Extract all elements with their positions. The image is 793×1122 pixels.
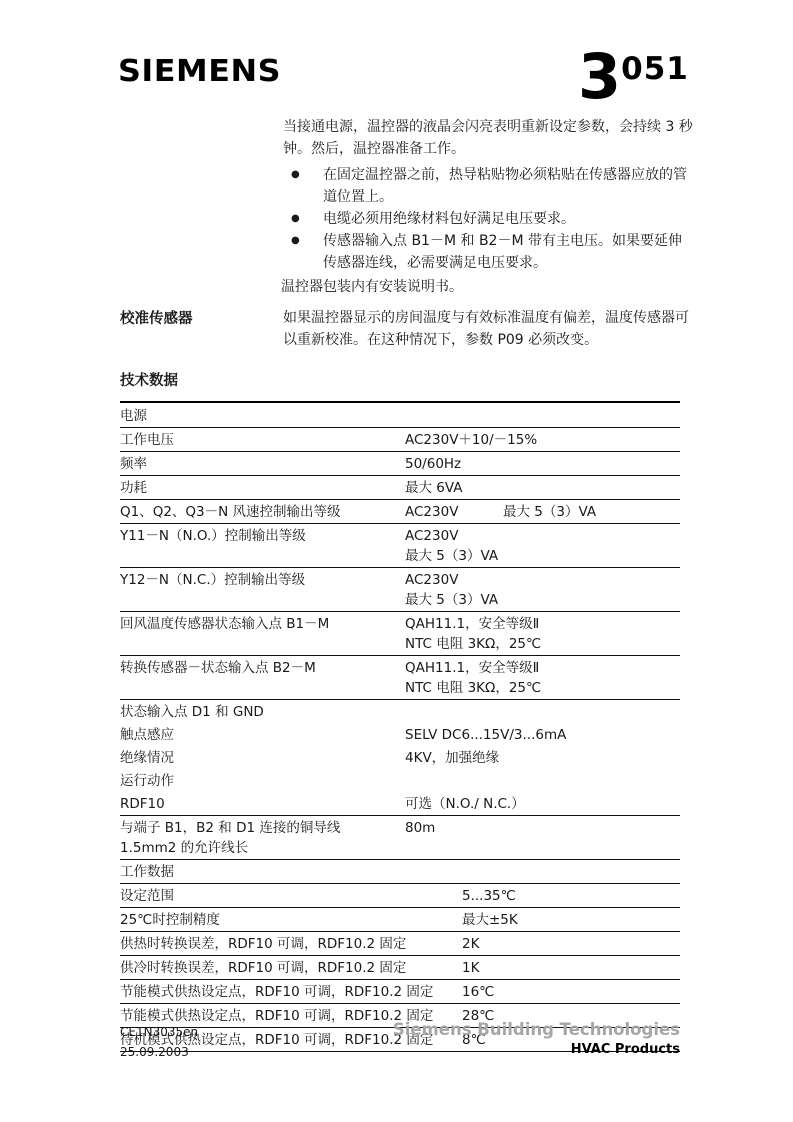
row-label: 频率 <box>120 454 405 474</box>
row-value: QAH11.1，安全等级Ⅱ NTC 电阻 3KΩ，25℃ <box>405 614 680 654</box>
table-row: 状态输入点 D1 和 GND <box>120 700 680 723</box>
document-page: SIEMENS 3 051 当接通电源，温控器的液晶会闪亮表明重新设定参数，会持… <box>0 0 793 1122</box>
row-value <box>405 862 680 882</box>
row-value: 可选（N.O./ N.C.） <box>405 794 680 814</box>
row-value: SELV DC6...15V/3...6mA <box>405 725 680 745</box>
row-value: AC230V 最大 5（3）VA <box>405 526 680 566</box>
row-value: 50/60Hz <box>405 454 680 474</box>
table-row: 功耗最大 6VA <box>120 476 680 500</box>
row-value: 最大 6VA <box>405 478 680 498</box>
table-row: 设定范围5...35℃ <box>120 884 680 908</box>
row-label: 触点感应 <box>120 725 405 745</box>
table-row: Q1、Q2、Q3－N 风速控制输出等级AC230V最大 5（3）VA <box>120 500 680 524</box>
row-value <box>405 702 680 722</box>
row-label: Y12－N（N.C.）控制输出等级 <box>120 570 405 610</box>
row-label: 转换传感器－状态输入点 B2－M <box>120 658 405 698</box>
table-row: Y11－N（N.O.）控制输出等级 AC230V 最大 5（3）VA <box>120 524 680 568</box>
bullet-item: ●电缆必须用绝缘材料包好满足电压要求。 <box>283 208 693 230</box>
row-label: 绝缘情况 <box>120 748 405 768</box>
table-row: 供热时转换误差，RDF10 可调，RDF10.2 固定2K <box>120 932 680 956</box>
calibration-label: 校准传感器 <box>120 307 193 328</box>
row-value: 4KV，加强绝缘 <box>405 748 680 768</box>
row-value: 80m <box>405 818 680 858</box>
table-row: RDF10 可选（N.O./ N.C.） <box>120 792 680 816</box>
bullet-text: 在固定温控器之前，热导粘贴物必须粘贴在传感器应放的管道位置上。 <box>323 164 693 208</box>
doc-number-superscript: 051 <box>621 54 689 85</box>
row-value-part: AC230V <box>405 502 503 522</box>
tech-data-heading: 技术数据 <box>120 369 680 403</box>
row-label: 电源 <box>120 406 405 426</box>
footer-date: 25.09.2003 <box>120 1042 198 1062</box>
bullet-icon: ● <box>283 164 323 208</box>
table-row: 转换传感器－状态输入点 B2－MQAH11.1，安全等级Ⅱ NTC 电阻 3KΩ… <box>120 656 680 700</box>
row-value: QAH11.1，安全等级Ⅱ NTC 电阻 3KΩ，25℃ <box>405 658 680 698</box>
row-label: 设定范围 <box>120 886 462 906</box>
footer-company: Siemens Building Technologies <box>393 1019 680 1040</box>
row-label: Q1、Q2、Q3－N 风速控制输出等级 <box>120 502 405 522</box>
footer-left: CE1N3035en 25.09.2003 <box>120 1022 198 1062</box>
table-row: 绝缘情况4KV，加强绝缘 <box>120 746 680 769</box>
row-label: 供热时转换误差，RDF10 可调，RDF10.2 固定 <box>120 934 462 954</box>
row-label: 与端子 B1，B2 和 D1 连接的铜导线 1.5mm2 的允许线长 <box>120 818 405 858</box>
doc-number-main: 3 <box>578 48 621 105</box>
row-label: 状态输入点 D1 和 GND <box>120 702 405 722</box>
siemens-logo: SIEMENS <box>118 54 281 89</box>
footer-division: HVAC Products <box>393 1040 680 1059</box>
row-value <box>405 406 680 426</box>
row-label: 供冷时转换误差，RDF10 可调，RDF10.2 固定 <box>120 958 462 978</box>
table-row: 电源 <box>120 404 680 428</box>
calibration-text: 如果温控器显示的房间温度与有效标准温度有偏差，温度传感器可以重新校准。在这种情况… <box>283 307 695 351</box>
row-label: 功耗 <box>120 478 405 498</box>
table-row: 触点感应SELV DC6...15V/3...6mA <box>120 723 680 746</box>
row-value <box>405 771 680 791</box>
table-row: 25℃时控制精度最大±5K <box>120 908 680 932</box>
bullet-icon: ● <box>283 230 323 274</box>
row-value: 16℃ <box>462 982 680 1002</box>
row-value: 5...35℃ <box>462 886 680 906</box>
row-label: Y11－N（N.O.）控制输出等级 <box>120 526 405 566</box>
bullet-item: ●在固定温控器之前，热导粘贴物必须粘贴在传感器应放的管道位置上。 <box>283 164 693 208</box>
bullet-icon: ● <box>283 208 323 230</box>
row-value: AC230V＋10/－15% <box>405 430 680 450</box>
table-row: 节能模式供热设定点，RDF10 可调，RDF10.2 固定16℃ <box>120 980 680 1004</box>
row-value: 最大±5K <box>462 910 680 930</box>
table-row: Y12－N（N.C.）控制输出等级AC230V 最大 5（3）VA <box>120 568 680 612</box>
table-row: 与端子 B1，B2 和 D1 连接的铜导线 1.5mm2 的允许线长 80m <box>120 816 680 860</box>
row-label: 回风温度传感器状态输入点 B1－M <box>120 614 405 654</box>
intro-paragraph: 当接通电源，温控器的液晶会闪亮表明重新设定参数，会持续 3 秒钟。然后，温控器准… <box>283 116 693 160</box>
row-label: 运行动作 <box>120 771 405 791</box>
bullet-list: ●在固定温控器之前，热导粘贴物必须粘贴在传感器应放的管道位置上。●电缆必须用绝缘… <box>283 164 693 274</box>
footer-doc-id: CE1N3035en <box>120 1022 198 1042</box>
row-value-part: 最大 5（3）VA <box>503 504 596 520</box>
intro-note: 温控器包装内有安装说明书。 <box>281 276 693 298</box>
table-row: 供冷时转换误差，RDF10 可调，RDF10.2 固定1K <box>120 956 680 980</box>
row-label: 25℃时控制精度 <box>120 910 462 930</box>
row-label: 工作电压 <box>120 430 405 450</box>
row-label: 节能模式供热设定点，RDF10 可调，RDF10.2 固定 <box>120 982 462 1002</box>
doc-section-number: 3 051 <box>578 48 689 105</box>
table-row: 工作电压AC230V＋10/－15% <box>120 428 680 452</box>
row-value: AC230V最大 5（3）VA <box>405 502 680 522</box>
table-row: 频率50/60Hz <box>120 452 680 476</box>
row-value: 2K <box>462 934 680 954</box>
row-label: RDF10 <box>120 794 405 814</box>
row-value: 1K <box>462 958 680 978</box>
table-row: 运行动作 <box>120 769 680 792</box>
bullet-text: 电缆必须用绝缘材料包好满足电压要求。 <box>323 208 693 230</box>
row-label: 工作数据 <box>120 862 405 882</box>
intro-section: 当接通电源，温控器的液晶会闪亮表明重新设定参数，会持续 3 秒钟。然后，温控器准… <box>283 116 693 298</box>
tech-table: 电源工作电压AC230V＋10/－15%频率50/60Hz功耗最大 6VAQ1、… <box>120 404 680 1052</box>
table-row: 工作数据 <box>120 860 680 884</box>
row-value: AC230V 最大 5（3）VA <box>405 570 680 610</box>
table-row: 回风温度传感器状态输入点 B1－MQAH11.1，安全等级Ⅱ NTC 电阻 3K… <box>120 612 680 656</box>
footer-right: Siemens Building Technologies HVAC Produ… <box>393 1019 680 1059</box>
bullet-text: 传感器输入点 B1－M 和 B2－M 带有主电压。如果要延伸传感器连线，必需要满… <box>323 230 693 274</box>
bullet-item: ●传感器输入点 B1－M 和 B2－M 带有主电压。如果要延伸传感器连线，必需要… <box>283 230 693 274</box>
